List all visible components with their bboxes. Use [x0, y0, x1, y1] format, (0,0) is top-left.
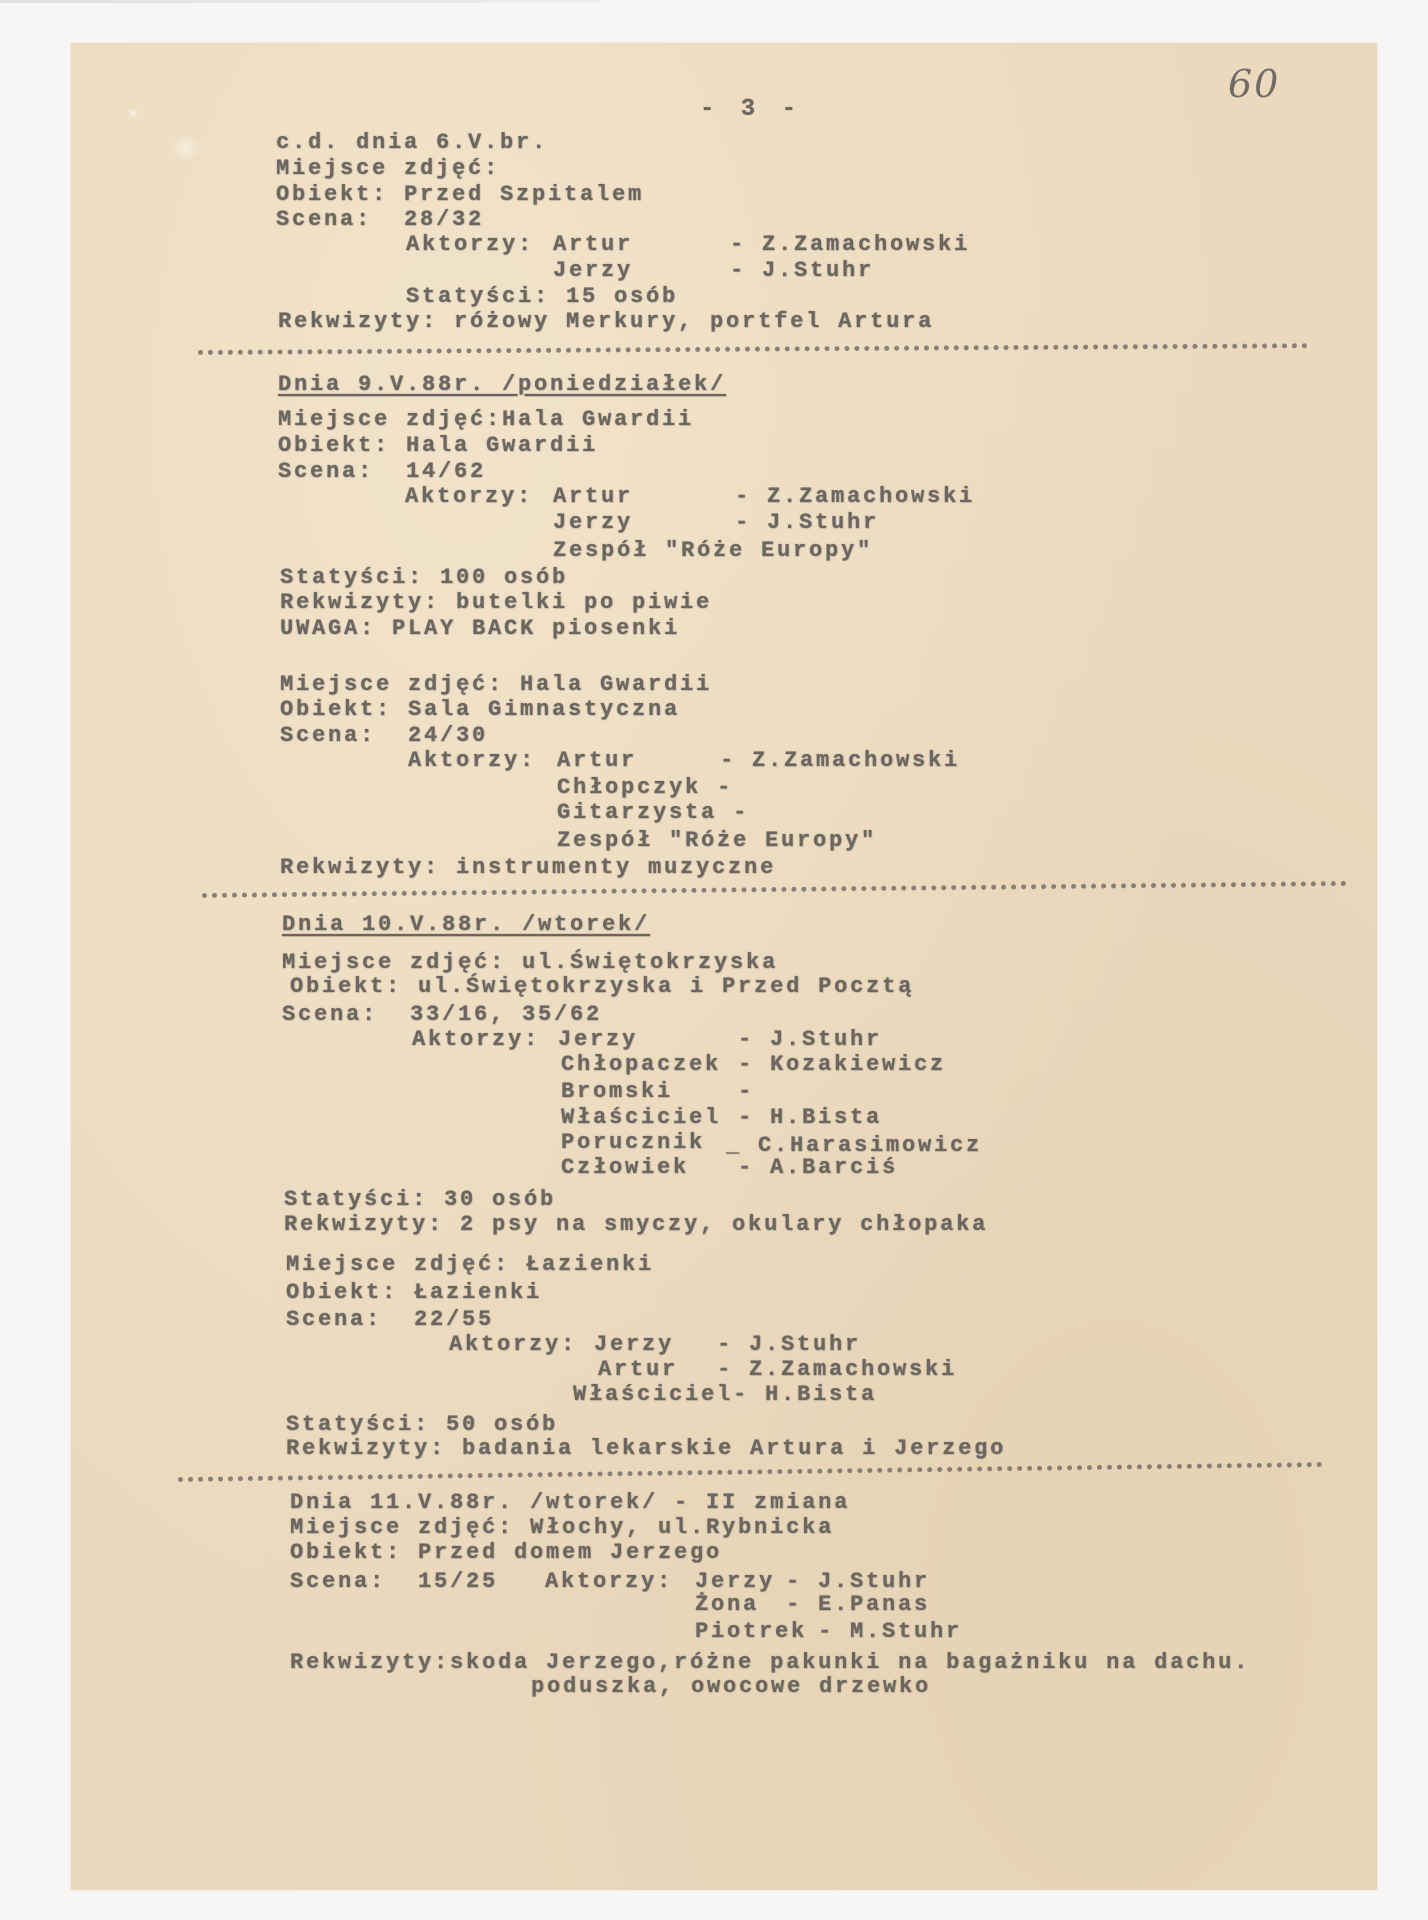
section4-actor-name: - — [738, 1079, 754, 1105]
section4-extras: Statyści: 30 osób — [284, 1187, 556, 1213]
section4-location: Miejsce zdjęć: ul.Świętokrzyska — [282, 950, 778, 976]
section5-scene: Scena: 22/55 — [286, 1307, 494, 1333]
section3-actor-role: Gitarzysta - — [557, 800, 749, 826]
section4-actor-role: Jerzy — [558, 1027, 638, 1053]
section2-actor-role: Artur — [553, 484, 633, 510]
section1-extras: Statyści: 15 osób — [406, 284, 678, 310]
section6-actors-label: Aktorzy: — [545, 1569, 673, 1595]
section6-location: Miejsce zdjęć: Włochy, ul.Rybnicka — [290, 1515, 834, 1541]
section4-actors-label: Aktorzy: — [412, 1027, 540, 1053]
section5-extras: Statyści: 50 osób — [286, 1412, 558, 1438]
section6-heading: Dnia 11.V.88r. /wtorek/ - II zmiana — [290, 1490, 850, 1516]
section3-actor-role: Artur — [557, 748, 637, 774]
section6-actor-name: - E.Panas — [786, 1592, 930, 1618]
section4-scene: Scena: 33/16, 35/62 — [282, 1002, 602, 1028]
section3-object: Obiekt: Sala Gimnastyczna — [280, 697, 680, 723]
section5-actor-name: - J.Stuhr — [717, 1332, 861, 1358]
section3-actors-label: Aktorzy: — [408, 748, 536, 774]
section4-actor-name: - A.Barciś — [738, 1155, 898, 1181]
section5-location: Miejsce zdjęć: Łazienki — [286, 1252, 654, 1278]
section6-object: Obiekt: Przed domem Jerzego — [290, 1540, 722, 1566]
section3-actor-role: Chłopczyk - — [557, 775, 733, 801]
section1-actor-name: - Z.Zamachowski — [730, 232, 970, 258]
section3-actor-role: Zespół "Róże Europy" — [557, 828, 877, 854]
section6-actor-name: - M.Stuhr — [818, 1619, 962, 1645]
section2-object: Obiekt: Hala Gwardii — [278, 433, 598, 459]
section2-actors-label: Aktorzy: — [405, 484, 533, 510]
section4-actor-role: Właściciel — [561, 1105, 721, 1131]
paper-emboss-mark — [171, 136, 201, 160]
section6-props-continued: poduszka, owocowe drzewko — [531, 1674, 931, 1700]
section2-heading: Dnia 9.V.88r. /poniedziałek/ — [278, 372, 726, 398]
section6-scene: Scena: 15/25 — [290, 1569, 498, 1595]
section5-actor-name: - Z.Zamachowski — [717, 1357, 957, 1383]
section4-actor-name: - J.Stuhr — [738, 1027, 882, 1053]
section5-actor-name: - H.Bista — [733, 1382, 877, 1408]
section1-heading: c.d. dnia 6.V.br. — [276, 130, 548, 156]
section2-actor-role: Zespół "Róże Europy" — [553, 538, 873, 564]
section4-actor-role: Chłopaczek — [561, 1052, 721, 1078]
section5-props: Rekwizyty: badania lekarskie Artura i Je… — [286, 1436, 1006, 1462]
section3-location: Miejsce zdjęć: Hala Gwardii — [280, 672, 712, 698]
section4-actor-name: - Kozakiewicz — [738, 1052, 946, 1078]
section6-actor-role: Żona — [695, 1592, 759, 1618]
section5-actor-role: Artur — [598, 1357, 678, 1383]
section3-scene: Scena: 24/30 — [280, 723, 488, 749]
section1-object: Obiekt: Przed Szpitalem — [276, 182, 644, 208]
section5-actor-role: Właściciel — [573, 1382, 733, 1408]
section3-actor-name: - Z.Zamachowski — [720, 748, 960, 774]
section1-actor-name: - J.Stuhr — [730, 258, 874, 284]
section4-actor-role: Porucznik — [561, 1130, 705, 1156]
section2-props: Rekwizyty: butelki po piwie — [280, 590, 712, 616]
section3-props: Rekwizyty: instrumenty muzyczne — [280, 855, 776, 881]
scan-edge — [0, 0, 600, 3]
section5-object: Obiekt: Łazienki — [286, 1280, 542, 1306]
section4-actor-role: Człowiek — [561, 1155, 689, 1181]
section2-extras: Statyści: 100 osób — [280, 565, 568, 591]
folio-number: 60 — [1228, 62, 1280, 106]
section1-actor-role: Jerzy — [553, 258, 633, 284]
section4-props: Rekwizyty: 2 psy na smyczy, okulary chło… — [284, 1212, 988, 1238]
section5-actors-label: Aktorzy: — [449, 1332, 577, 1358]
section5-actor-role: Jerzy — [594, 1332, 674, 1358]
section1-scene: Scena: 28/32 — [276, 207, 484, 233]
section2-location: Miejsce zdjęć:Hala Gwardii — [278, 407, 694, 433]
section1-location: Miejsce zdjęć: — [276, 156, 500, 182]
section2-note: UWAGA: PLAY BACK piosenki — [280, 616, 680, 642]
section4-actor-name: - H.Bista — [738, 1105, 882, 1131]
section6-props: Rekwizyty:skoda Jerzego,różne pakunki na… — [290, 1650, 1250, 1676]
section1-props: Rekwizyty: różowy Merkury, portfel Artur… — [278, 309, 934, 335]
section6-actor-role: Piotrek — [695, 1619, 807, 1645]
section2-scene: Scena: 14/62 — [278, 459, 486, 485]
section4-object: Obiekt: ul.Świętokrzyska i Przed Pocztą — [290, 974, 914, 1000]
section2-actor-role: Jerzy — [553, 510, 633, 536]
section4-heading: Dnia 10.V.88r. /wtorek/ — [282, 912, 650, 938]
section2-actor-name: - J.Stuhr — [735, 510, 879, 536]
page-number: - 3 - — [700, 96, 802, 123]
section1-actors-label: Aktorzy: — [406, 232, 534, 258]
paper-emboss-mark-small — [127, 108, 139, 118]
section1-actor-role: Artur — [553, 232, 633, 258]
section2-actor-name: - Z.Zamachowski — [735, 484, 975, 510]
section4-actor-role: Bromski — [561, 1079, 673, 1105]
